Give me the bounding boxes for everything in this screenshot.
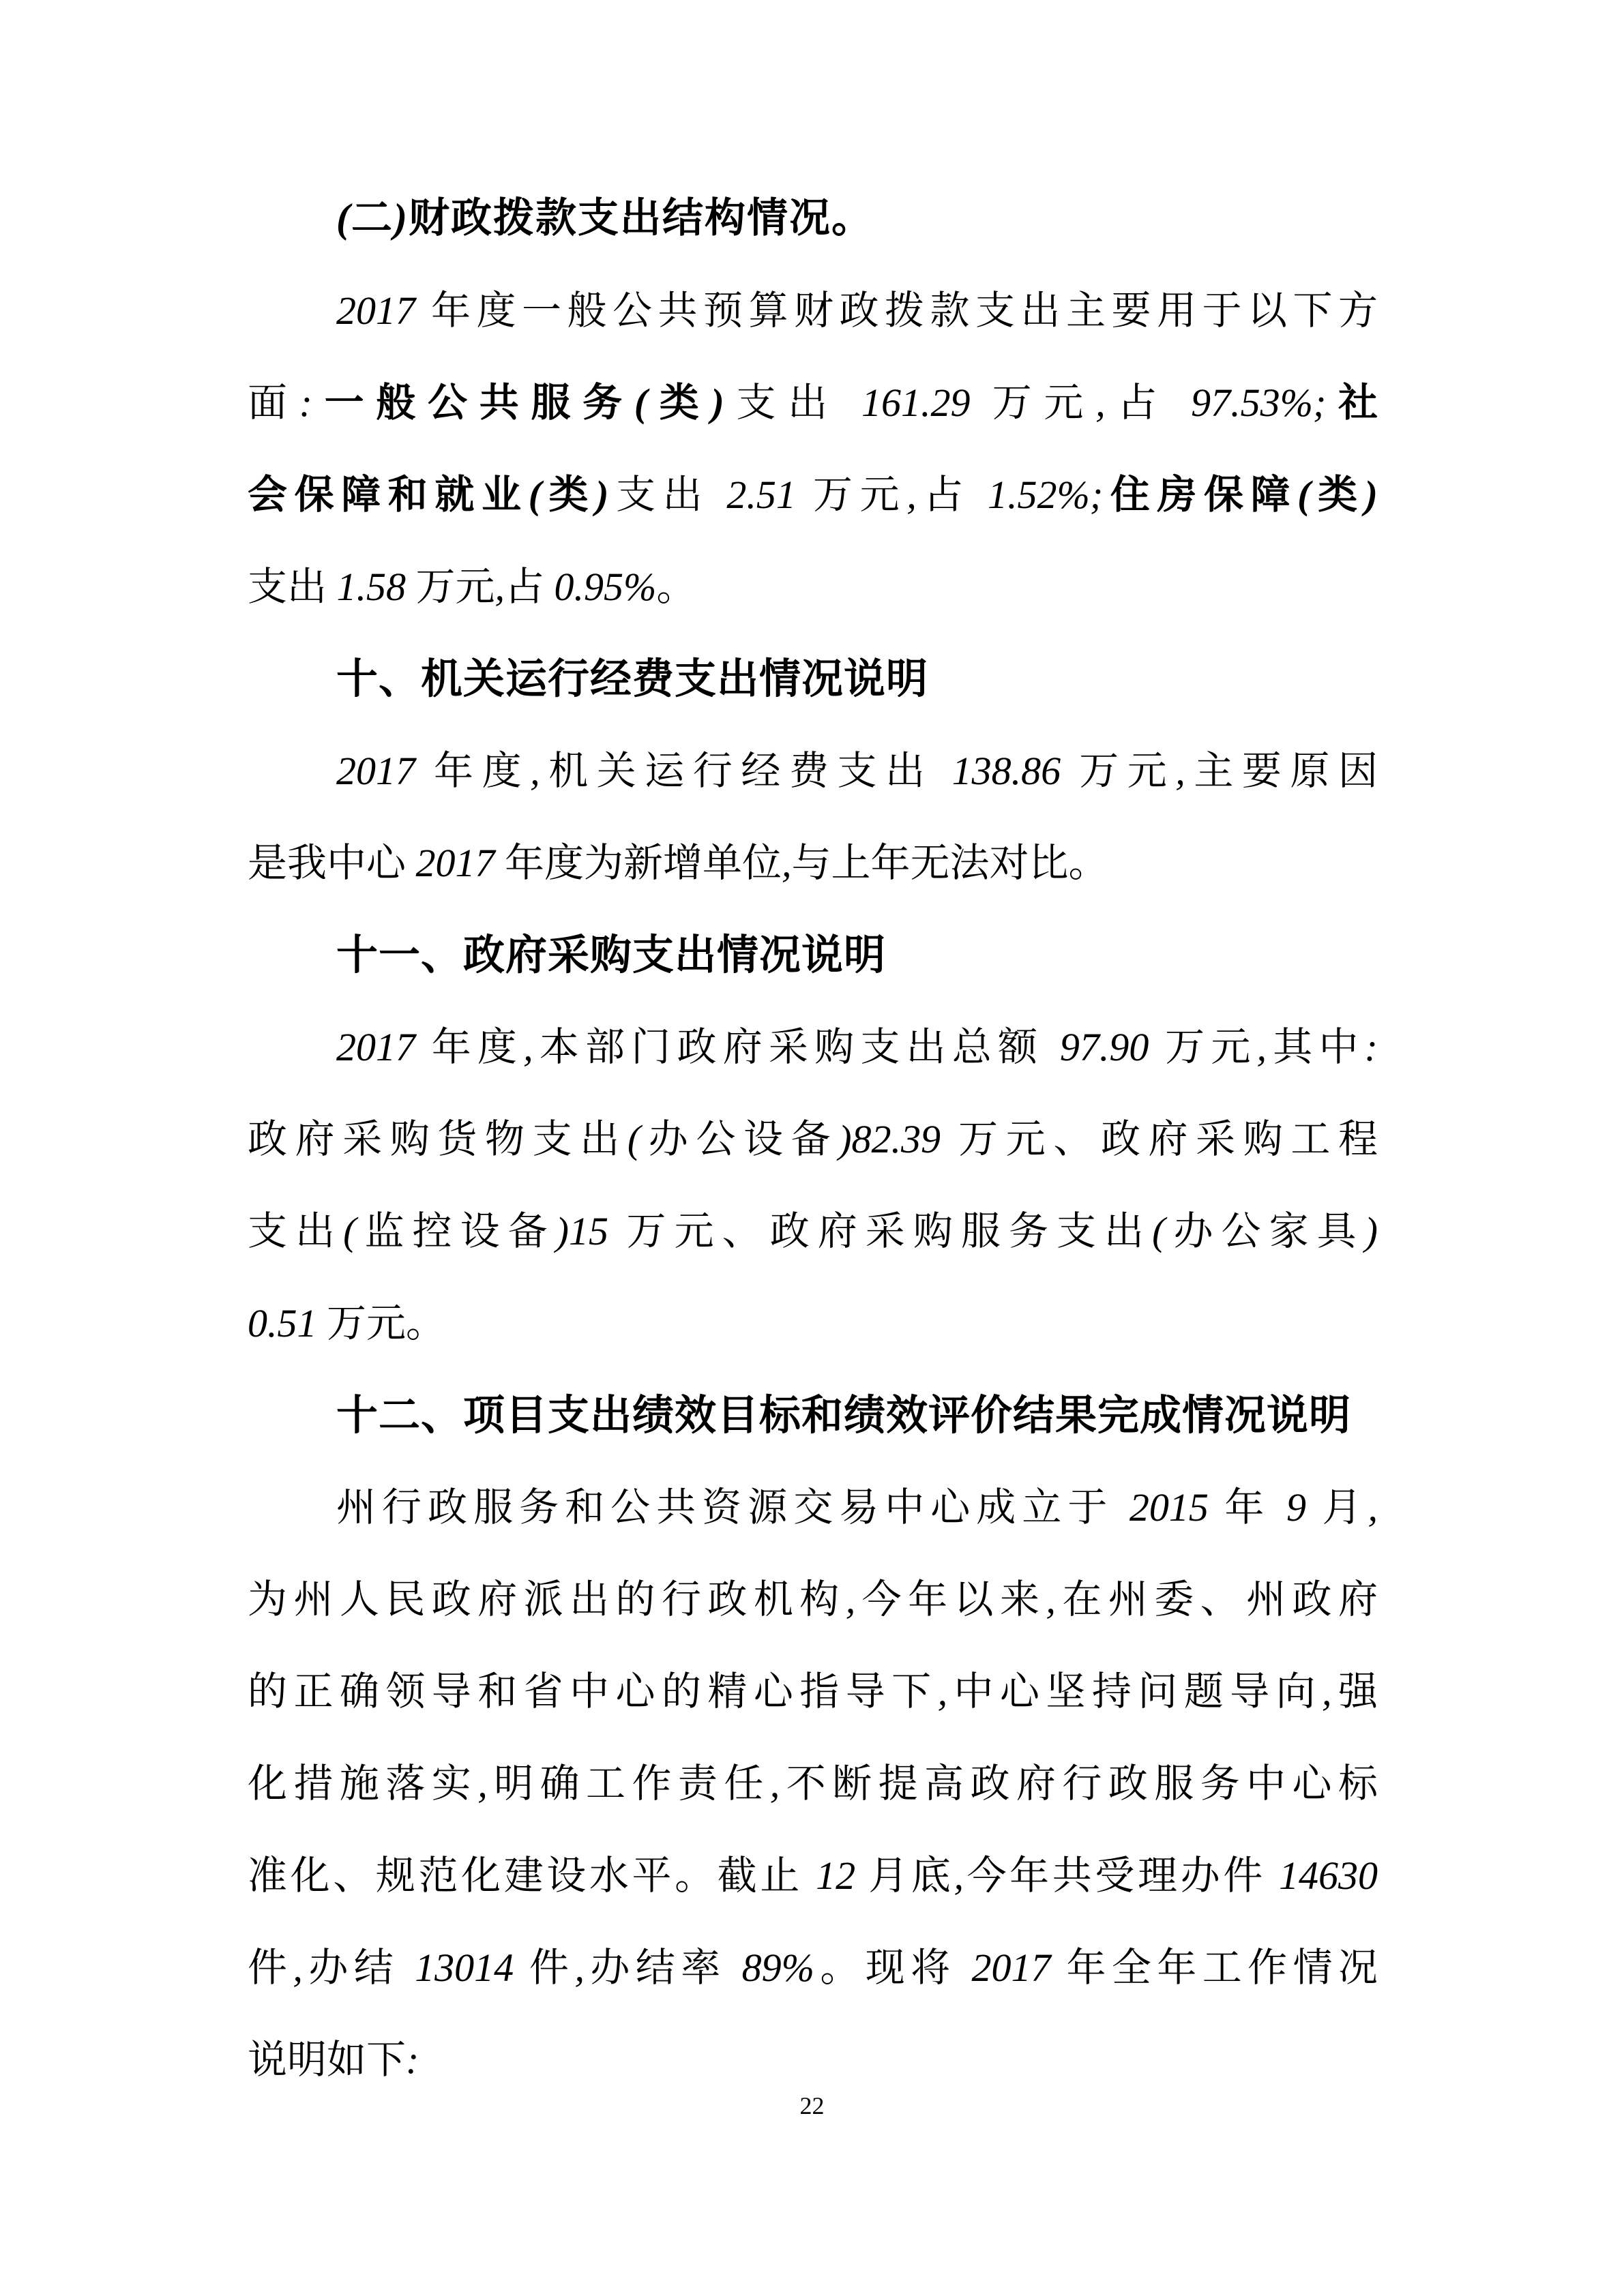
bold-run: 社 xyxy=(1326,381,1378,425)
bold-run-housing-security: 住房保障(类) xyxy=(1103,473,1378,517)
paragraph-line: 支出(监控设备)15 万元、政府采购服务支出(办公家具) xyxy=(248,1185,1378,1277)
paragraph-line: 2017 年度一般公共预算财政拨款支出主要用于以下方 xyxy=(248,265,1378,357)
body-text: 的正确领导和省中心的精心指导下,中心坚持问题导向,强 xyxy=(248,1669,1378,1714)
body-text: 州行政服务和公共资源交易中心成立于 2015 年 9 月, xyxy=(336,1485,1378,1530)
body-text: 政府采购货物支出(办公设备)82.39 万元、政府采购工程 xyxy=(248,1117,1378,1161)
heading-section-10-operating-expenses: 十、机关运行经费支出情况说明 xyxy=(248,633,1378,725)
heading-section-11-government-procurement: 十一、政府采购支出情况说明 xyxy=(248,909,1378,1001)
bold-run-social-security-employment: 会保障和就业(类) xyxy=(248,473,608,517)
body-text: 2017 年度,机关运行经费支出 138.86 万元,主要原因 xyxy=(336,749,1378,793)
body-text: 是我中心 2017 年度为新增单位,与上年无法对比。 xyxy=(248,841,1108,885)
paragraph-line: 州行政服务和公共资源交易中心成立于 2015 年 9 月, xyxy=(248,1461,1378,1553)
body-text: 支出(监控设备)15 万元、政府采购服务支出(办公家具) xyxy=(248,1209,1378,1253)
paragraph-line: 政府采购货物支出(办公设备)82.39 万元、政府采购工程 xyxy=(248,1093,1378,1185)
heading-text: 十二、项目支出绩效目标和绩效评价结果完成情况说明 xyxy=(336,1392,1351,1438)
body-text: 2017 年度一般公共预算财政拨款支出主要用于以下方 xyxy=(336,288,1378,333)
body-text: 件,办结 13014 件,办结率 89%。现将 2017 年全年工作情况 xyxy=(248,1945,1378,1990)
body-text: 为州人民政府派出的行政机构,今年以来,在州委、州政府 xyxy=(248,1577,1378,1622)
paragraph-line: 准化、规范化建设水平。截止 12 月底,今年共受理办件 14630 xyxy=(248,1830,1378,1922)
paragraph-line: 是我中心 2017 年度为新增单位,与上年无法对比。 xyxy=(248,817,1378,909)
document-page: (二)财政拨款支出结构情况。 2017 年度一般公共预算财政拨款支出主要用于以下… xyxy=(0,0,1624,2296)
paragraph-line: 化措施落实,明确工作责任,不断提高政府行政服务中心标 xyxy=(248,1738,1378,1830)
paragraph-line: 件,办结 13014 件,办结率 89%。现将 2017 年全年工作情况 xyxy=(248,1922,1378,2014)
heading-section-12-performance-targets: 十二、项目支出绩效目标和绩效评价结果完成情况说明 xyxy=(248,1369,1378,1461)
body-text: 化措施落实,明确工作责任,不断提高政府行政服务中心标 xyxy=(248,1761,1378,1806)
document-text-block: (二)财政拨款支出结构情况。 2017 年度一般公共预算财政拨款支出主要用于以下… xyxy=(248,173,1378,2106)
paragraph-line: 0.51 万元。 xyxy=(248,1277,1378,1369)
heading-text: 十一、政府采购支出情况说明 xyxy=(336,931,886,978)
body-text: 面: xyxy=(248,381,312,425)
heading-text: 十、机关运行经费支出情况说明 xyxy=(336,655,928,702)
paragraph-line: 为州人民政府派出的行政机构,今年以来,在州委、州政府 xyxy=(248,1553,1378,1645)
body-text: 支出 1.58 万元,占 0.95%。 xyxy=(248,565,696,609)
paragraph-line: 支出 1.58 万元,占 0.95%。 xyxy=(248,541,1378,633)
subheading-text: (二)财政拨款支出结构情况。 xyxy=(336,196,874,241)
paragraph-line: 面:一般公共服务(类)支出 161.29 万元,占 97.53%;社 xyxy=(248,357,1378,449)
body-text: 说明如下: xyxy=(248,2038,419,2082)
subheading-fiscal-expenditure-structure: (二)财政拨款支出结构情况。 xyxy=(248,173,1378,265)
bold-run-general-public-services: 一般公共服务(类) xyxy=(312,381,724,425)
paragraph-line: 的正确领导和省中心的精心指导下,中心坚持问题导向,强 xyxy=(248,1645,1378,1738)
body-text: 支出 161.29 万元,占 97.53%; xyxy=(724,381,1326,425)
body-text: 支出 2.51 万元,占 1.52%; xyxy=(608,473,1103,517)
body-text: 0.51 万元。 xyxy=(248,1301,445,1345)
page-number: 22 xyxy=(0,2085,1624,2126)
body-text: 准化、规范化建设水平。截止 12 月底,今年共受理办件 14630 xyxy=(248,1853,1378,1898)
paragraph-line: 2017 年度,机关运行经费支出 138.86 万元,主要原因 xyxy=(248,725,1378,817)
paragraph-line: 2017 年度,本部门政府采购支出总额 97.90 万元,其中: xyxy=(248,1001,1378,1093)
paragraph-line: 会保障和就业(类)支出 2.51 万元,占 1.52%;住房保障(类) xyxy=(248,449,1378,541)
body-text: 2017 年度,本部门政府采购支出总额 97.90 万元,其中: xyxy=(336,1025,1378,1069)
